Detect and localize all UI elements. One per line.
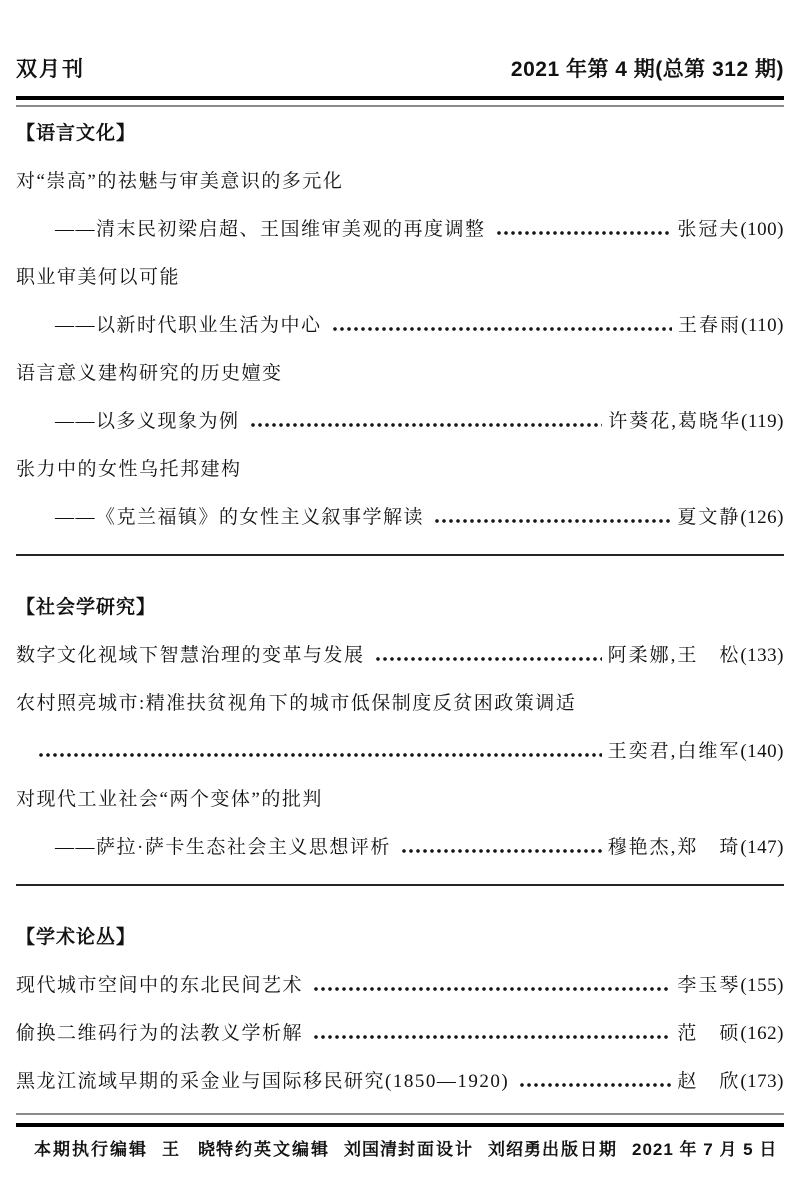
- article-subtitle: ——以多义现象为例: [55, 410, 240, 434]
- article-row: 数字文化视域下智慧治理的变革与发展 阿柔娜,王 松(133): [16, 644, 784, 668]
- dot-leader: [313, 1022, 671, 1046]
- article-subtitle-row: ——以新时代职业生活为中心 王春雨(110): [16, 314, 784, 338]
- article-title: 张力中的女性乌托邦建构: [16, 458, 784, 482]
- section-divider: [16, 554, 784, 556]
- dot-leader: [496, 218, 672, 242]
- dot-leader: [401, 836, 602, 860]
- dot-leader: [313, 974, 671, 998]
- toc-entry: 语言意义建构研究的历史嬗变 ——以多义现象为例 许葵花,葛晓华(119): [16, 362, 784, 434]
- footer-label: 封面设计: [398, 1140, 474, 1159]
- journal-frequency: 双月刊: [16, 58, 85, 82]
- footer-value: 刘绍勇: [488, 1140, 542, 1159]
- footer: 本期执行编辑王 晓特约英文编辑刘国清封面设计刘绍勇出版日期2021 年 7 月 …: [16, 1139, 784, 1161]
- footer-label: 出版日期: [542, 1140, 618, 1159]
- article-authors: 张冠夫: [677, 219, 740, 240]
- footer-value: 王 晓: [162, 1140, 216, 1159]
- article-authors: 许葵花,葛晓华: [608, 411, 741, 432]
- masthead: 双月刊 2021 年第 4 期(总第 312 期): [16, 0, 784, 82]
- footer-value: 刘国清: [344, 1140, 398, 1159]
- article-ref: 许葵花,葛晓华(119): [608, 410, 784, 434]
- article-authors: 李玉琴: [677, 975, 740, 996]
- article-row: 黑龙江流域早期的采金业与国际移民研究(1850—1920) 赵 欣(173): [16, 1070, 784, 1094]
- footer-rules: [16, 1113, 784, 1127]
- toc-entry: 农村照亮城市:精准扶贫视角下的城市低保制度反贫困政策调适 王奕君,白维军(140…: [16, 692, 784, 764]
- article-subtitle: ——以新时代职业生活为中心: [55, 314, 322, 338]
- article-page: (147): [740, 837, 784, 858]
- article-ref: 张冠夫(100): [677, 218, 784, 242]
- footer-rule-thick: [16, 1123, 784, 1127]
- dot-leader: [519, 1070, 671, 1094]
- article-ref: 夏文静(126): [677, 506, 784, 530]
- article-page: (140): [740, 741, 784, 762]
- article-authors: 王奕君,白维军: [608, 741, 741, 762]
- footer-label: 本期执行编辑: [34, 1140, 148, 1159]
- toc-entry: 黑龙江流域早期的采金业与国际移民研究(1850—1920) 赵 欣(173): [16, 1070, 784, 1094]
- article-page: (133): [740, 645, 784, 666]
- article-subtitle: ——萨拉·萨卡生态社会主义思想评析: [55, 836, 391, 860]
- article-subtitle: ——清末民初梁启超、王国维审美观的再度调整: [55, 218, 486, 242]
- header-rule-thick: [16, 96, 784, 100]
- dot-leader: [250, 410, 603, 434]
- section-articles: 数字文化视域下智慧治理的变革与发展 阿柔娜,王 松(133) 农村照亮城市:精准…: [16, 644, 784, 860]
- section-divider: [16, 884, 784, 886]
- article-page: (155): [740, 975, 784, 996]
- toc-entry: 职业审美何以可能 ——以新时代职业生活为中心 王春雨(110): [16, 266, 784, 338]
- article-title: 语言意义建构研究的历史嬗变: [16, 362, 784, 386]
- article-page: (162): [740, 1023, 784, 1044]
- article-page: (100): [740, 219, 784, 240]
- article-subtitle-row: ——《克兰福镇》的女性主义叙事学解读 夏文静(126): [16, 506, 784, 530]
- article-title: 对现代工业社会“两个变体”的批判: [16, 788, 784, 812]
- article-page: (110): [741, 315, 784, 336]
- toc-entry: 数字文化视域下智慧治理的变革与发展 阿柔娜,王 松(133): [16, 644, 784, 668]
- article-ref: 王奕君,白维军(140): [608, 740, 784, 764]
- issue-info: 2021 年第 4 期(总第 312 期): [511, 58, 784, 82]
- section: 【社会学研究】 数字文化视域下智慧治理的变革与发展 阿柔娜,王 松(133) 农…: [16, 596, 784, 860]
- article-page: (173): [740, 1071, 784, 1092]
- article-authors: 王春雨: [678, 315, 741, 336]
- section: 【语言文化】 对“崇高”的祛魅与审美意识的多元化 ——清末民初梁启超、王国维审美…: [16, 122, 784, 530]
- section: 【学术论丛】 现代城市空间中的东北民间艺术 李玉琴(155) 偷换二维码行为的法…: [16, 926, 784, 1094]
- section-articles: 对“崇高”的祛魅与审美意识的多元化 ——清末民初梁启超、王国维审美观的再度调整 …: [16, 170, 784, 530]
- article-title: 对“崇高”的祛魅与审美意识的多元化: [16, 170, 784, 194]
- article-subtitle-row: ——萨拉·萨卡生态社会主义思想评析 穆艳杰,郑 琦(147): [16, 836, 784, 860]
- footer-item: 出版日期2021 年 7 月 5 日: [542, 1139, 777, 1161]
- article-row: 现代城市空间中的东北民间艺术 李玉琴(155): [16, 974, 784, 998]
- dot-leader: [38, 740, 602, 764]
- article-subtitle: ——《克兰福镇》的女性主义叙事学解读: [55, 506, 424, 530]
- article-title: 黑龙江流域早期的采金业与国际移民研究(1850—1920): [16, 1070, 509, 1094]
- footer-rule-thin: [16, 1113, 784, 1115]
- toc-entry: 张力中的女性乌托邦建构 ——《克兰福镇》的女性主义叙事学解读 夏文静(126): [16, 458, 784, 530]
- header-rule-thin: [16, 105, 784, 107]
- section-articles: 现代城市空间中的东北民间艺术 李玉琴(155) 偷换二维码行为的法教义学析解 范…: [16, 974, 784, 1094]
- toc-sections: 【语言文化】 对“崇高”的祛魅与审美意识的多元化 ——清末民初梁启超、王国维审美…: [16, 122, 784, 1094]
- footer-label: 特约英文编辑: [216, 1140, 330, 1159]
- article-page: (119): [741, 411, 784, 432]
- article-ref: 阿柔娜,王 松(133): [608, 644, 784, 668]
- article-subtitle-row: ——以多义现象为例 许葵花,葛晓华(119): [16, 410, 784, 434]
- dot-leader: [375, 644, 602, 668]
- article-ref: 李玉琴(155): [677, 974, 784, 998]
- article-title: 农村照亮城市:精准扶贫视角下的城市低保制度反贫困政策调适: [16, 692, 784, 716]
- article-page: (126): [740, 507, 784, 528]
- article-authors: 夏文静: [677, 507, 740, 528]
- article-row: 偷换二维码行为的法教义学析解 范 硕(162): [16, 1022, 784, 1046]
- footer-item: 本期执行编辑王 晓: [34, 1139, 216, 1161]
- article-subtitle-row: ——清末民初梁启超、王国维审美观的再度调整 张冠夫(100): [16, 218, 784, 242]
- article-authors: 范 硕: [677, 1023, 740, 1044]
- article-leader-row: 王奕君,白维军(140): [16, 740, 784, 764]
- article-authors: 阿柔娜,王 松: [608, 645, 741, 666]
- section-heading: 【语言文化】: [16, 122, 784, 146]
- article-title: 职业审美何以可能: [16, 266, 784, 290]
- article-ref: 赵 欣(173): [677, 1070, 784, 1094]
- toc-entry: 对“崇高”的祛魅与审美意识的多元化 ——清末民初梁启超、王国维审美观的再度调整 …: [16, 170, 784, 242]
- article-ref: 穆艳杰,郑 琦(147): [608, 836, 784, 860]
- section-heading: 【社会学研究】: [16, 596, 784, 620]
- section-heading: 【学术论丛】: [16, 926, 784, 950]
- footer-item: 封面设计刘绍勇: [398, 1139, 542, 1161]
- footer-item: 特约英文编辑刘国清: [216, 1139, 398, 1161]
- dot-leader: [434, 506, 671, 530]
- article-authors: 赵 欣: [677, 1071, 740, 1092]
- footer-value: 2021 年 7 月 5 日: [632, 1140, 777, 1159]
- toc-entry: 对现代工业社会“两个变体”的批判 ——萨拉·萨卡生态社会主义思想评析 穆艳杰,郑…: [16, 788, 784, 860]
- article-authors: 穆艳杰,郑 琦: [608, 837, 741, 858]
- journal-toc-page: 双月刊 2021 年第 4 期(总第 312 期) 【语言文化】 对“崇高”的祛…: [0, 0, 800, 1161]
- dot-leader: [332, 314, 673, 338]
- article-title: 数字文化视域下智慧治理的变革与发展: [16, 644, 365, 668]
- article-ref: 王春雨(110): [678, 314, 784, 338]
- article-title: 偷换二维码行为的法教义学析解: [16, 1022, 303, 1046]
- article-title: 现代城市空间中的东北民间艺术: [16, 974, 303, 998]
- toc-entry: 偷换二维码行为的法教义学析解 范 硕(162): [16, 1022, 784, 1046]
- toc-entry: 现代城市空间中的东北民间艺术 李玉琴(155): [16, 974, 784, 998]
- article-ref: 范 硕(162): [677, 1022, 784, 1046]
